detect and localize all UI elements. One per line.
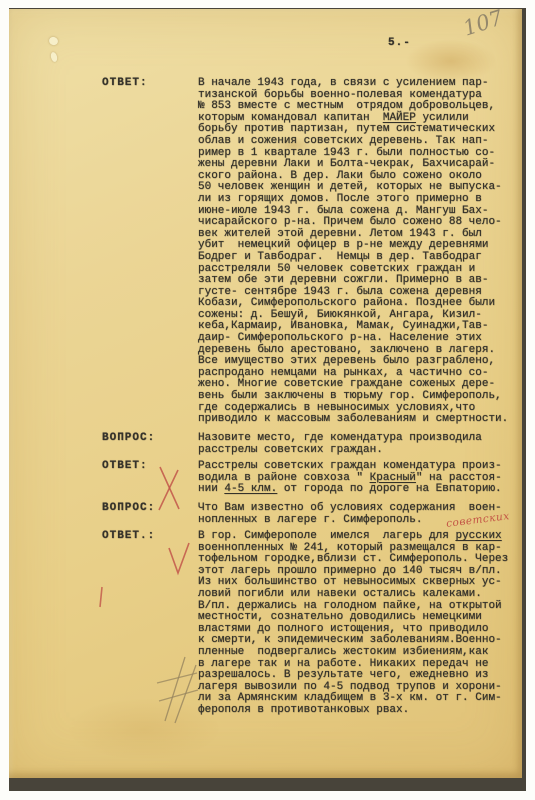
paper-speck: [50, 51, 58, 62]
qa-label: ОТВЕТ:: [102, 78, 148, 90]
handwritten-page-number: 107: [460, 5, 506, 40]
qa-text-lines: В начале 1943 года, в связи с усилением …: [198, 78, 518, 426]
qa-label: ОТВЕТ.:: [102, 531, 155, 543]
qa-label: ОТВЕТ:: [102, 461, 148, 473]
scan-backdrop: 107 5.- ОТВЕТ: В начале 1943 года, в свя…: [9, 8, 526, 791]
typed-page-number: 5.-: [388, 38, 411, 50]
qa-text-lines: Назовите место, где комендатура производ…: [198, 433, 518, 456]
qa-label: ВОПРОС:: [102, 503, 155, 515]
paper-speck: [48, 36, 59, 47]
qa-label: ВОПРОС:: [102, 433, 155, 445]
pencil-hash-mark: [155, 655, 199, 725]
scan-photo: 107 5.- ОТВЕТ: В начале 1943 года, в свя…: [0, 0, 535, 800]
red-check-mark: [166, 541, 192, 577]
red-x-mark: [155, 464, 185, 512]
qa-text-lines: В гор. Симферополе имелся лагерь для рус…: [198, 531, 518, 717]
red-tick-mark: [97, 585, 105, 609]
document-page: 107 5.- ОТВЕТ: В начале 1943 года, в свя…: [9, 9, 522, 778]
qa-text-lines: Расстрелы советских граждан комендатура …: [198, 461, 518, 496]
